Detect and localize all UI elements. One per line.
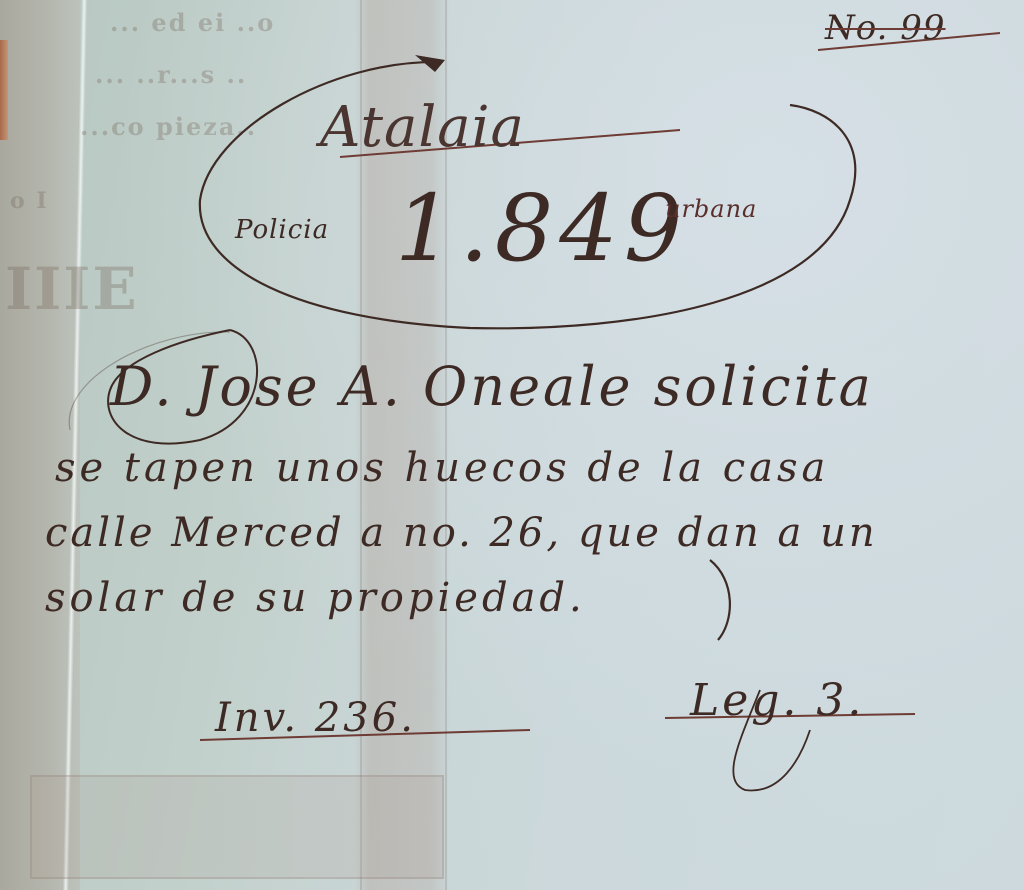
body-line-3: calle Merced a no. 26, que dan a un — [45, 510, 878, 556]
bundle-number: Leg. 3. — [690, 675, 864, 726]
district-label: urbana — [665, 195, 757, 223]
inventory-number: Inv. 236. — [215, 695, 416, 741]
body-line-1: D. Jose A. Oneale solicita — [110, 355, 874, 418]
file-number: No. 99 — [825, 8, 946, 48]
department-label: Policia — [235, 215, 329, 245]
struck-header-word: Atalaia — [320, 95, 525, 160]
year: 1.849 — [395, 175, 688, 282]
body-line-2: se tapen unos huecos de la casa — [55, 445, 829, 491]
body-line-4: solar de su propiedad. — [45, 575, 586, 621]
